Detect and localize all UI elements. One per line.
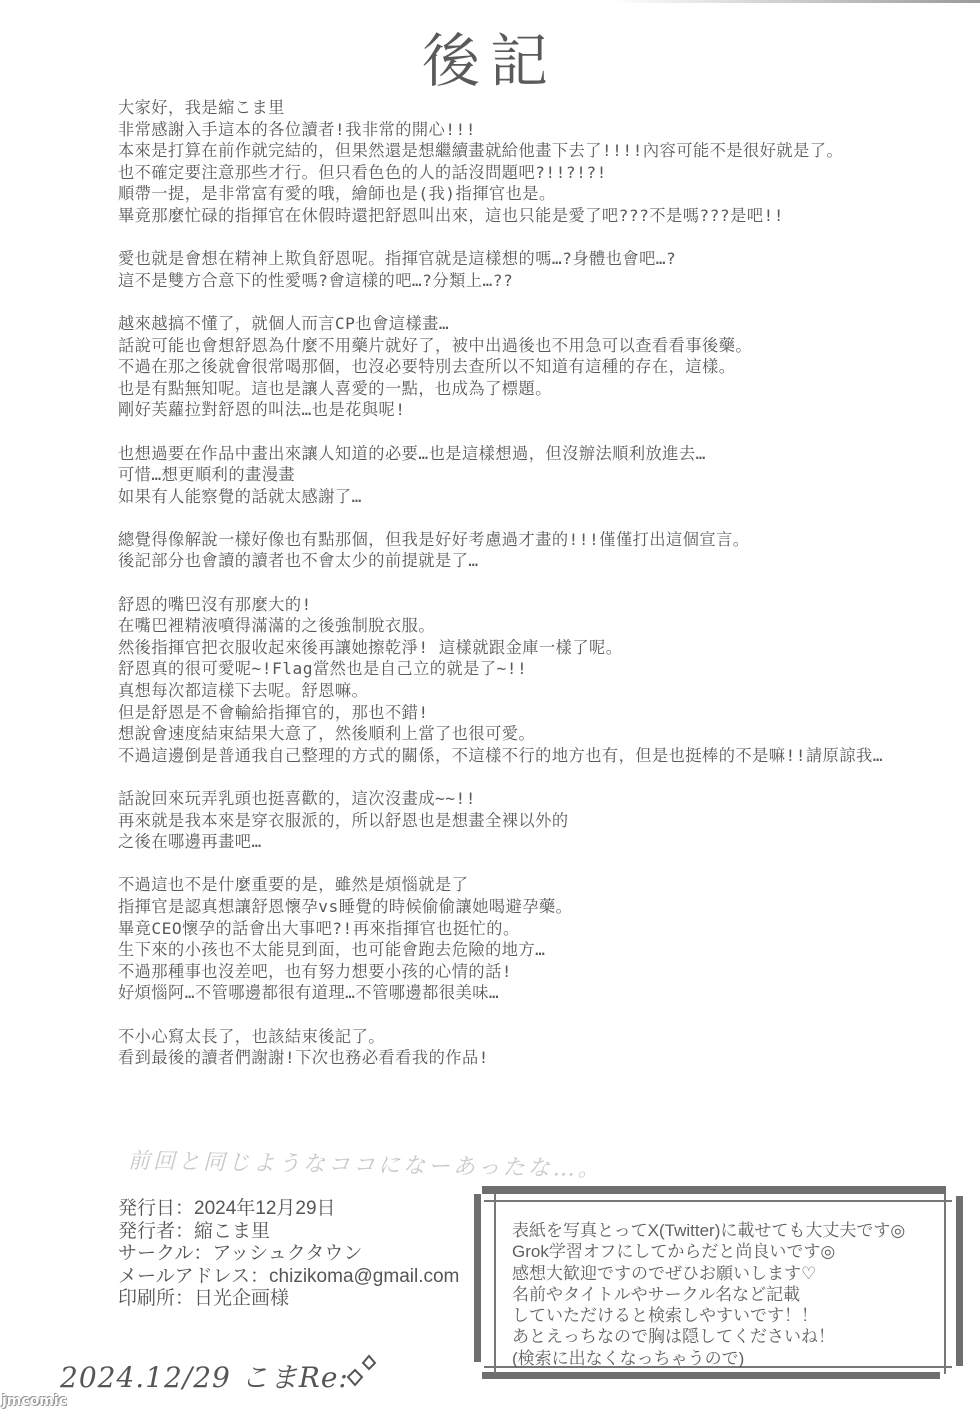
notice-text: 表紙を写真とってX(Twitter)に載せても大丈夫です◎ Grok学習オフにし… [512, 1220, 905, 1369]
text-line: 在嘴巴裡精液噴得滿滿的之後強制脫衣服。 [118, 615, 958, 637]
notice-line: 感想大歓迎ですのでぜひお願いします♡ [512, 1263, 905, 1284]
colophon: 発行日：2024年12月29日 発行者：縮こま里 サークル：アッシュクタウン メ… [118, 1198, 459, 1311]
text-line: 不過在那之後就會很常喝那個，也沒必要特別去查所以不知道有這種的存在，這樣。 [118, 356, 958, 378]
notice-line: していただけると検索しやすいです！！ [512, 1305, 905, 1326]
text-line: 如果有人能察覺的話就太感謝了… [118, 486, 958, 508]
colophon-circle: サークル：アッシュクタウン [118, 1243, 459, 1266]
text-line: 之後在哪邊再畫吧… [118, 831, 958, 853]
notice-line: 表紙を写真とってX(Twitter)に載せても大丈夫です◎ [512, 1220, 905, 1241]
text-line: 不小心寫太長了，也該結束後記了。 [118, 1026, 958, 1048]
frame-bar [956, 1196, 963, 1366]
paragraph: 愛也就是會想在精神上欺負舒恩呢。指揮官就是這樣想的嗎…?身體也會吧…?這不是雙方… [118, 248, 958, 291]
paragraph: 話說回來玩弄乳頭也挺喜歡的，這次沒畫成~~!!再來就是我本來是穿衣服派的，所以舒… [118, 788, 958, 853]
paragraph: 也想過要在作品中畫出來讓人知道的必要…也是這樣想過，但沒辦法順利放進去…可惜…想… [118, 443, 958, 508]
notice-box: 表紙を写真とってX(Twitter)に載せても大丈夫です◎ Grok学習オフにし… [482, 1186, 966, 1374]
sparkle-icon [345, 1354, 381, 1388]
paragraph: 不小心寫太長了，也該結束後記了。看到最後的讀者們謝謝!下次也務必看看我的作品! [118, 1026, 958, 1069]
text-line: 也想過要在作品中畫出來讓人知道的必要…也是這樣想過，但沒辦法順利放進去… [118, 443, 958, 465]
notice-line: Grok学習オフにしてからだと尚良いです◎ [512, 1241, 905, 1262]
handwritten-signature: 2024.12/29 こまRe: [60, 1356, 349, 1396]
text-line: 畢竟那麼忙碌的指揮官在休假時還把舒恩叫出來，這也只能是愛了吧???不是嗎???是… [118, 205, 958, 227]
text-line: 也是有點無知呢。這也是讓人喜愛的一點，也成為了標題。 [118, 378, 958, 400]
text-line: 大家好，我是縮こま里 [118, 97, 958, 119]
frame-line [484, 1200, 952, 1202]
text-line: 本來是打算在前作就完結的，但果然還是想繼續畫就給他畫下去了!!!!內容可能不是很… [118, 140, 958, 162]
page-title: 後記 [0, 14, 980, 98]
colophon-printer: 印刷所：日光企画様 [118, 1288, 459, 1311]
text-line: 真想每次都這樣下去呢。舒恩嘛。 [118, 680, 958, 702]
text-line: 剛好芙蘿拉對舒恩的叫法…也是花與呢! [118, 399, 958, 421]
text-line: 可惜…想更順利的畫漫畫 [118, 464, 958, 486]
text-line: 也不確定要注意那些才行。但只看色色的人的話沒問題吧?!!?!?! [118, 162, 958, 184]
text-line: 越來越搞不懂了，就個人而言CP也會這樣畫… [118, 313, 958, 335]
scan-edge-shadow [610, 0, 980, 3]
colophon-publisher: 発行者：縮こま里 [118, 1221, 459, 1244]
paragraph: 越來越搞不懂了，就個人而言CP也會這樣畫…話說可能也會想舒恩為什麼不用藥片就好了… [118, 313, 958, 421]
paragraph: 總覺得像解說一樣好像也有點那個，但我是好好考慮過才畫的!!!僅僅打出這個宣言。後… [118, 529, 958, 572]
paragraph: 不過這也不是什麼重要的是，雖然是煩惱就是了指揮官是認真想讓舒恩懷孕vs睡覺的時候… [118, 874, 958, 1004]
notice-line: あとえっちなので胸は隠してくださいね！ [512, 1326, 905, 1347]
text-line: 想說會速度結束結果大意了，然後順利上當了也很可愛。 [118, 723, 958, 745]
text-line: 指揮官是認真想讓舒恩懷孕vs睡覺的時候偷偷讓她喝避孕藥。 [118, 896, 958, 918]
text-line: 再來就是我本來是穿衣服派的，所以舒恩也是想畫全裸以外的 [118, 810, 958, 832]
text-line: 愛也就是會想在精神上欺負舒恩呢。指揮官就是這樣想的嗎…?身體也會吧…? [118, 248, 958, 270]
text-line: 不過那種事也沒差吧，也有努力想要小孩的心情的話! [118, 961, 958, 983]
text-line: 然後指揮官把衣服收起來後再讓她擦乾淨! 這樣就跟金庫一樣了呢。 [118, 637, 958, 659]
text-line: 好煩惱阿…不管哪邊都很有道理…不管哪邊都很美味… [118, 982, 958, 1004]
text-line: 話說回來玩弄乳頭也挺喜歡的，這次沒畫成~~!! [118, 788, 958, 810]
text-line: 不過這邊倒是普通我自己整理的方式的關係，不這樣不行的地方也有，但是也挺棒的不是嘛… [118, 745, 958, 767]
text-line: 總覺得像解說一樣好像也有點那個，但我是好好考慮過才畫的!!!僅僅打出這個宣言。 [118, 529, 958, 551]
text-line: 畢竟CEO懷孕的話會出大事吧?!再來指揮官也挺忙的。 [118, 918, 958, 940]
text-line: 舒恩真的很可愛呢~!Flag當然也是自己立的就是了~!! [118, 658, 958, 680]
colophon-issue-date: 発行日：2024年12月29日 [118, 1198, 459, 1221]
text-line: 非常感謝入手這本的各位讀者!我非常的開心!!! [118, 119, 958, 141]
notice-line: 名前やタイトルやサークル名など記載 [512, 1284, 905, 1305]
text-line: 生下來的小孩也不太能見到面，也可能會跑去危險的地方… [118, 939, 958, 961]
handwritten-note: 前回と同じようなココになーあったな…。 [128, 1144, 603, 1183]
frame-line [494, 1194, 496, 1374]
paragraph: 大家好，我是縮こま里非常感謝入手這本的各位讀者!我非常的開心!!!本來是打算在前… [118, 97, 958, 227]
text-line: 這不是雙方合意下的性愛嗎?會這樣的吧…?分類上…?? [118, 270, 958, 292]
text-line: 舒恩的嘴巴沒有那麼大的! [118, 594, 958, 616]
afterword-body: 大家好，我是縮こま里非常感謝入手這本的各位讀者!我非常的開心!!!本來是打算在前… [118, 97, 958, 1090]
frame-bar [482, 1372, 940, 1379]
colophon-email: メールアドレス：chizikoma@gmail.com [118, 1266, 459, 1289]
frame-line [944, 1194, 946, 1374]
text-line: 後記部分也會讀的讀者也不會太少的前提就是了… [118, 550, 958, 572]
text-line: 不過這也不是什麼重要的是，雖然是煩惱就是了 [118, 874, 958, 896]
paragraph: 舒恩的嘴巴沒有那麼大的!在嘴巴裡精液噴得滿滿的之後強制脫衣服。然後指揮官把衣服收… [118, 594, 958, 767]
watermark-logo: jmcomic [2, 1393, 67, 1409]
text-line: 順帶一提，是非常富有愛的哦，繪師也是(我)指揮官也是。 [118, 183, 958, 205]
notice-line: (検索に出なくなっちゃうので) [512, 1348, 905, 1369]
text-line: 話說可能也會想舒恩為什麼不用藥片就好了，被中出過後也不用急可以查看看事後藥。 [118, 335, 958, 357]
frame-bar [474, 1194, 481, 1362]
frame-bar [482, 1186, 946, 1194]
text-line: 看到最後的讀者們謝謝!下次也務必看看我的作品! [118, 1047, 958, 1069]
text-line: 但是舒恩是不會輸給指揮官的，那也不錯! [118, 702, 958, 724]
